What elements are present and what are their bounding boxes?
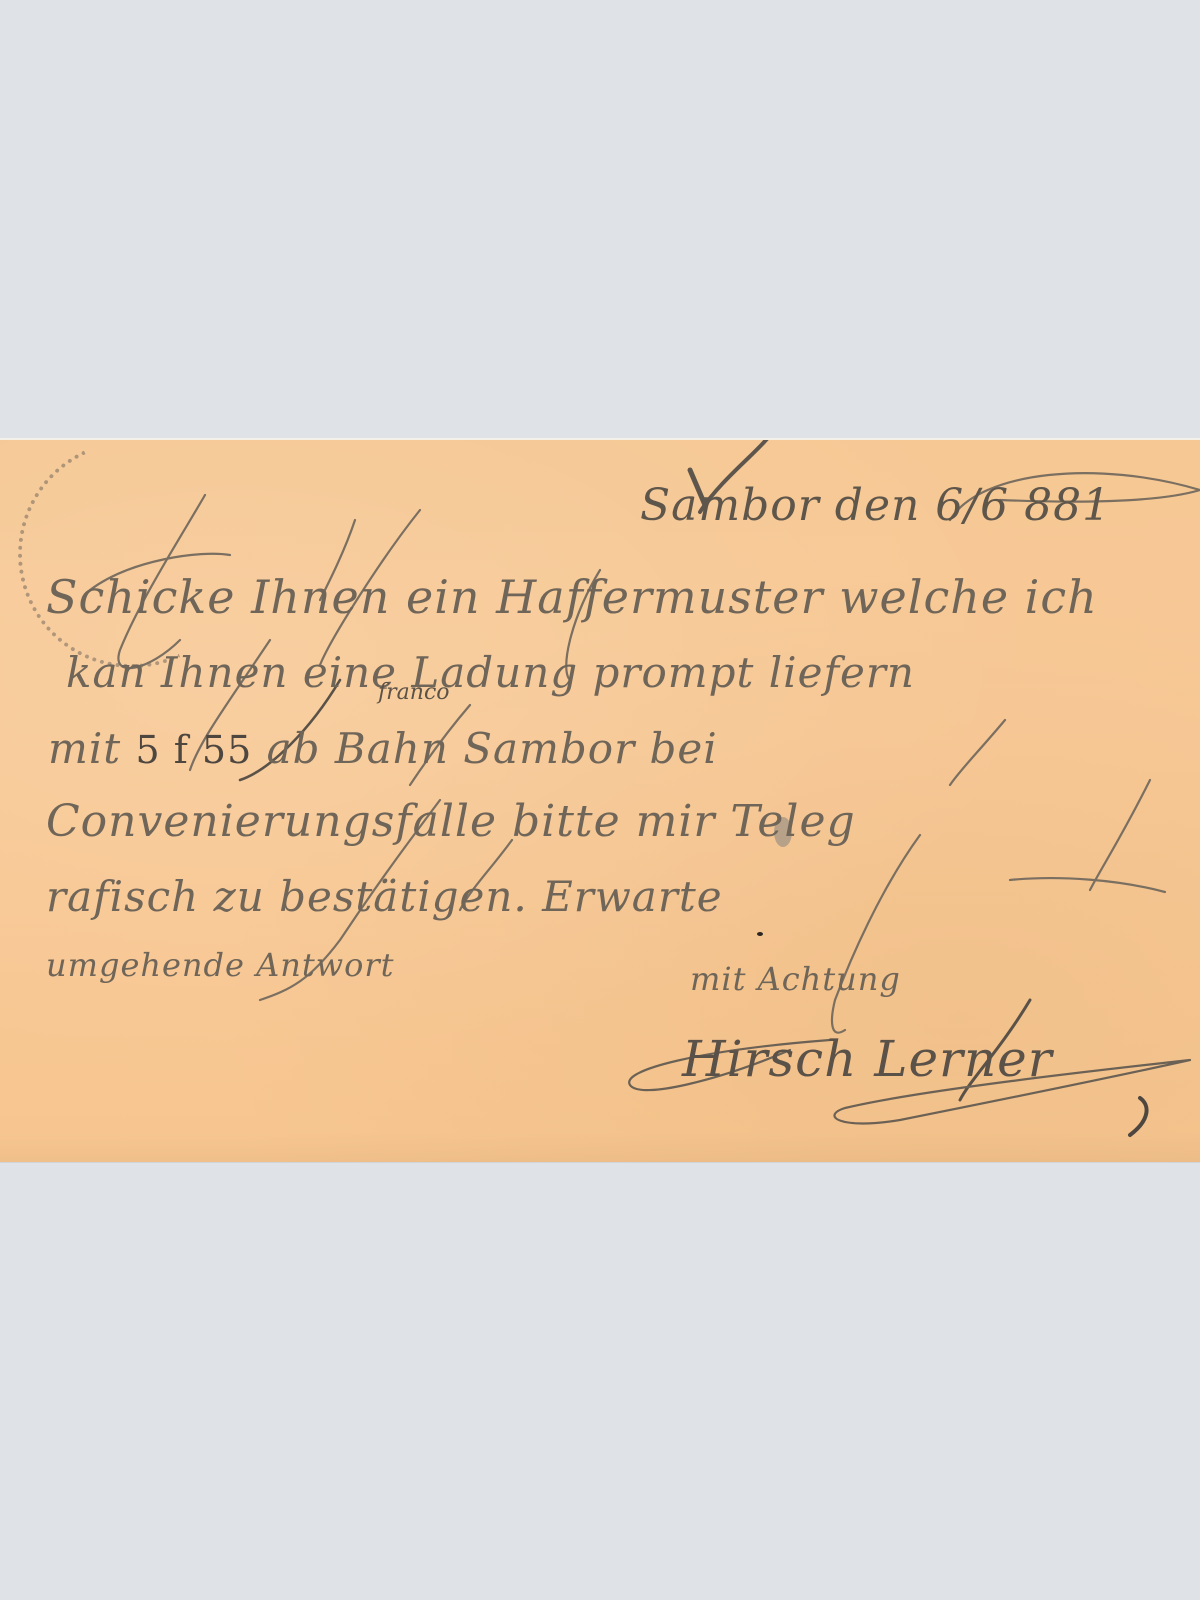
dateline: Sambor den 6/6 881 [640, 480, 1111, 531]
body-line-4: Convenierungsfalle bitte mir Teleg [46, 796, 856, 847]
signature: Hirsch Lerner [682, 1030, 1053, 1088]
body-line-3: mit 5 f 55 ab Bahn Sambor bei [48, 724, 718, 773]
body-line-5: rafisch zu bestätigen. Erwarte [46, 872, 723, 921]
line3-prefix: mit [48, 724, 121, 773]
closing-phrase: mit Achtung [690, 960, 901, 998]
body-line-6: umgehende Antwort [46, 946, 395, 984]
postcard: Sambor den 6/6 881 Schicke Ihnen ein Haf… [0, 438, 1200, 1162]
line3-suffix: ab Bahn Sambor bei [267, 724, 718, 773]
body-line-1: Schicke Ihnen ein Haffermuster welche ic… [46, 570, 1098, 624]
price-amount: 5 f 55 [136, 728, 253, 772]
insertion-note: franco [378, 680, 450, 705]
body-line-2: kan Ihnen eine Ladung prompt liefern [66, 648, 915, 697]
